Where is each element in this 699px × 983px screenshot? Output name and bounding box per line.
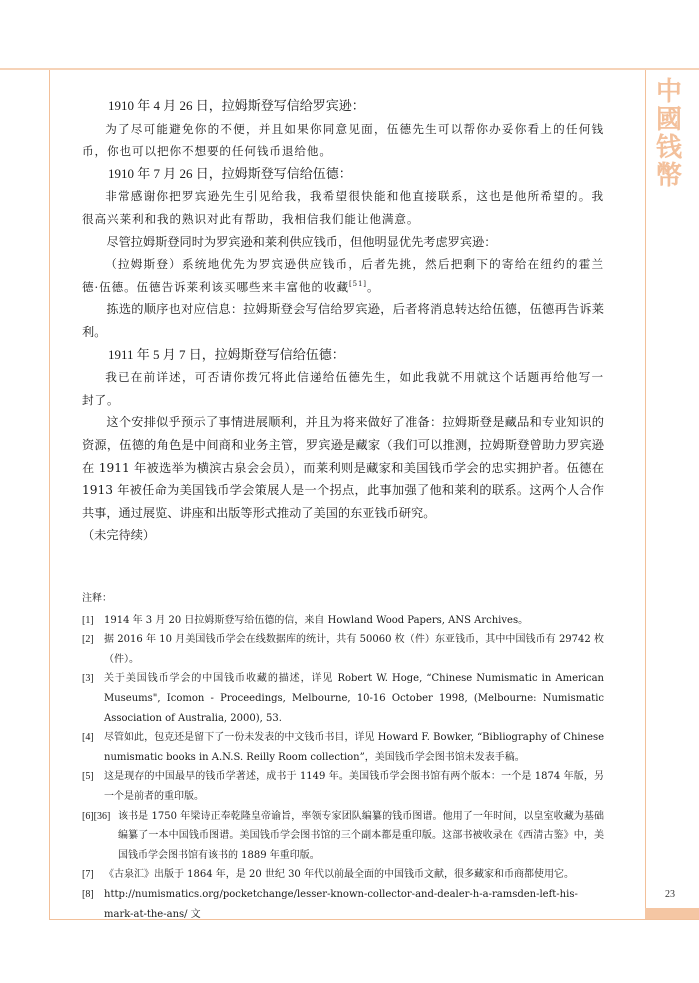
letter-quote: 非常感谢你把罗宾逊先生引见给我，我希望很快能和他直接联系，这也是他所希望的。我很…: [82, 185, 604, 230]
footnote-url[interactable]: http://numismatics.org/pocketchange/less…: [104, 885, 604, 924]
footnote-number: [5]: [82, 767, 104, 787]
magazine-title-vertical: 中 國 钱 幣: [652, 78, 686, 190]
footnote-text: 关于美国钱币学会的中国钱币收藏的描述，详见 Robert W. Hoge, “C…: [104, 669, 604, 728]
letter-quote: （拉姆斯登）系统地优先为罗宾逊供应钱币，后者先挑，然后把剩下的寄给在纽约的霍兰德…: [82, 253, 604, 298]
letter-date-line: 1910 年 4 月 26 日，拉姆斯登写信给罗宾逊：: [82, 95, 604, 118]
footnote-item: [5] 这是现存的中国最早的钱币学著述，成书于 1149 年。美国钱币学会图书馆…: [82, 767, 604, 806]
footnote-number: [6][36]: [82, 807, 118, 827]
page-number: 23: [655, 889, 685, 900]
footnote-text: 1914 年 3 月 20 日拉姆斯登写给伍德的信，来自 Howland Woo…: [104, 611, 604, 631]
letter-quote: 我已在前详述，可否请你拨冗将此信递给伍德先生，如此我就不用就这个话题再给他写一封…: [82, 366, 604, 411]
left-rule: [49, 70, 50, 920]
body-paragraph: 尽管拉姆斯登同时为罗宾逊和莱利供应钱币，但他明显优先考虑罗宾逊：: [82, 231, 604, 254]
title-char: 钱: [656, 134, 682, 162]
footnote-item: [4] 尽管如此，包克还是留下了一份未发表的中文钱币书目，详见 Howard F…: [82, 728, 604, 767]
footnote-number: [3]: [82, 669, 104, 689]
footnote-number: [2]: [82, 630, 104, 650]
footnote-text: 尽管如此，包克还是留下了一份未发表的中文钱币书目，详见 Howard F. Bo…: [104, 728, 604, 767]
footnote-item: [3] 关于美国钱币学会的中国钱币收藏的描述，详见 Robert W. Hoge…: [82, 669, 604, 728]
right-rule: [645, 70, 646, 908]
footnote-item: [1] 1914 年 3 月 20 日拉姆斯登写给伍德的信，来自 Howland…: [82, 611, 604, 631]
footnotes: 注释： [1] 1914 年 3 月 20 日拉姆斯登写给伍德的信，来自 How…: [82, 589, 604, 924]
footnote-number: [4]: [82, 728, 104, 748]
footnote-item: [2] 据 2016 年 10 月美国钱币学会在线数据库的统计，共有 50060…: [82, 630, 604, 669]
title-char: 國: [656, 106, 682, 134]
letter-date-line: 1911 年 5 月 7 日，拉姆斯登写信给伍德：: [82, 344, 604, 367]
footnote-number: [1]: [82, 611, 104, 631]
title-char: 幣: [656, 162, 682, 190]
footnote-text: 据 2016 年 10 月美国钱币学会在线数据库的统计，共有 50060 枚（件…: [104, 630, 604, 669]
quote-text: （拉姆斯登）系统地优先为罗宾逊供应钱币，后者先挑，然后把剩下的寄给在纽约的霍兰德…: [82, 257, 604, 294]
title-char: 中: [656, 78, 682, 106]
footnote-text: 这是现存的中国最早的钱币学著述，成书于 1149 年。美国钱币学会图书馆有两个版…: [104, 767, 604, 806]
letter-quote: 为了尽可能避免你的不便，并且如果你同意见面，伍德先生可以帮你办妥你看上的任何钱币…: [82, 118, 604, 163]
article-body: 1910 年 4 月 26 日，拉姆斯登写信给罗宾逊： 为了尽可能避免你的不便，…: [82, 95, 604, 547]
to-be-continued: （未完待续）: [82, 524, 604, 547]
body-paragraph: 这个安排似乎预示了事情进展顺利，并且为将来做好了准备：拉姆斯登是藏品和专业知识的…: [82, 411, 604, 524]
footnote-text: 《古泉汇》出版于 1864 年，是 20 世纪 30 年代以前最全面的中国钱币文…: [104, 865, 604, 885]
body-paragraph: 拣选的顺序也对应信息：拉姆斯登会写信给罗宾逊，后者将消息转达给伍德，伍德再告诉莱…: [82, 298, 604, 343]
footnote-number: [8]: [82, 885, 104, 905]
footnote-item: [8] http://numismatics.org/pocketchange/…: [82, 885, 604, 924]
footnote-number: [7]: [82, 865, 104, 885]
page-corner-accent: [645, 908, 699, 919]
letter-date-line: 1910 年 7 月 26 日，拉姆斯登写信给伍德：: [82, 163, 604, 186]
citation-ref[interactable]: [51]: [349, 280, 367, 288]
footnotes-label: 注释：: [82, 589, 604, 609]
top-rule: [0, 68, 699, 70]
quote-tail: 。: [367, 280, 380, 294]
footnote-text: 该书是 1750 年梁诗正奉乾隆皇帝谕旨，率领专家团队编纂的钱币图谱。他用了一年…: [118, 807, 604, 866]
footnote-item: [6][36] 该书是 1750 年梁诗正奉乾隆皇帝谕旨，率领专家团队编纂的钱币…: [82, 807, 604, 866]
footnote-item: [7] 《古泉汇》出版于 1864 年，是 20 世纪 30 年代以前最全面的中…: [82, 865, 604, 885]
